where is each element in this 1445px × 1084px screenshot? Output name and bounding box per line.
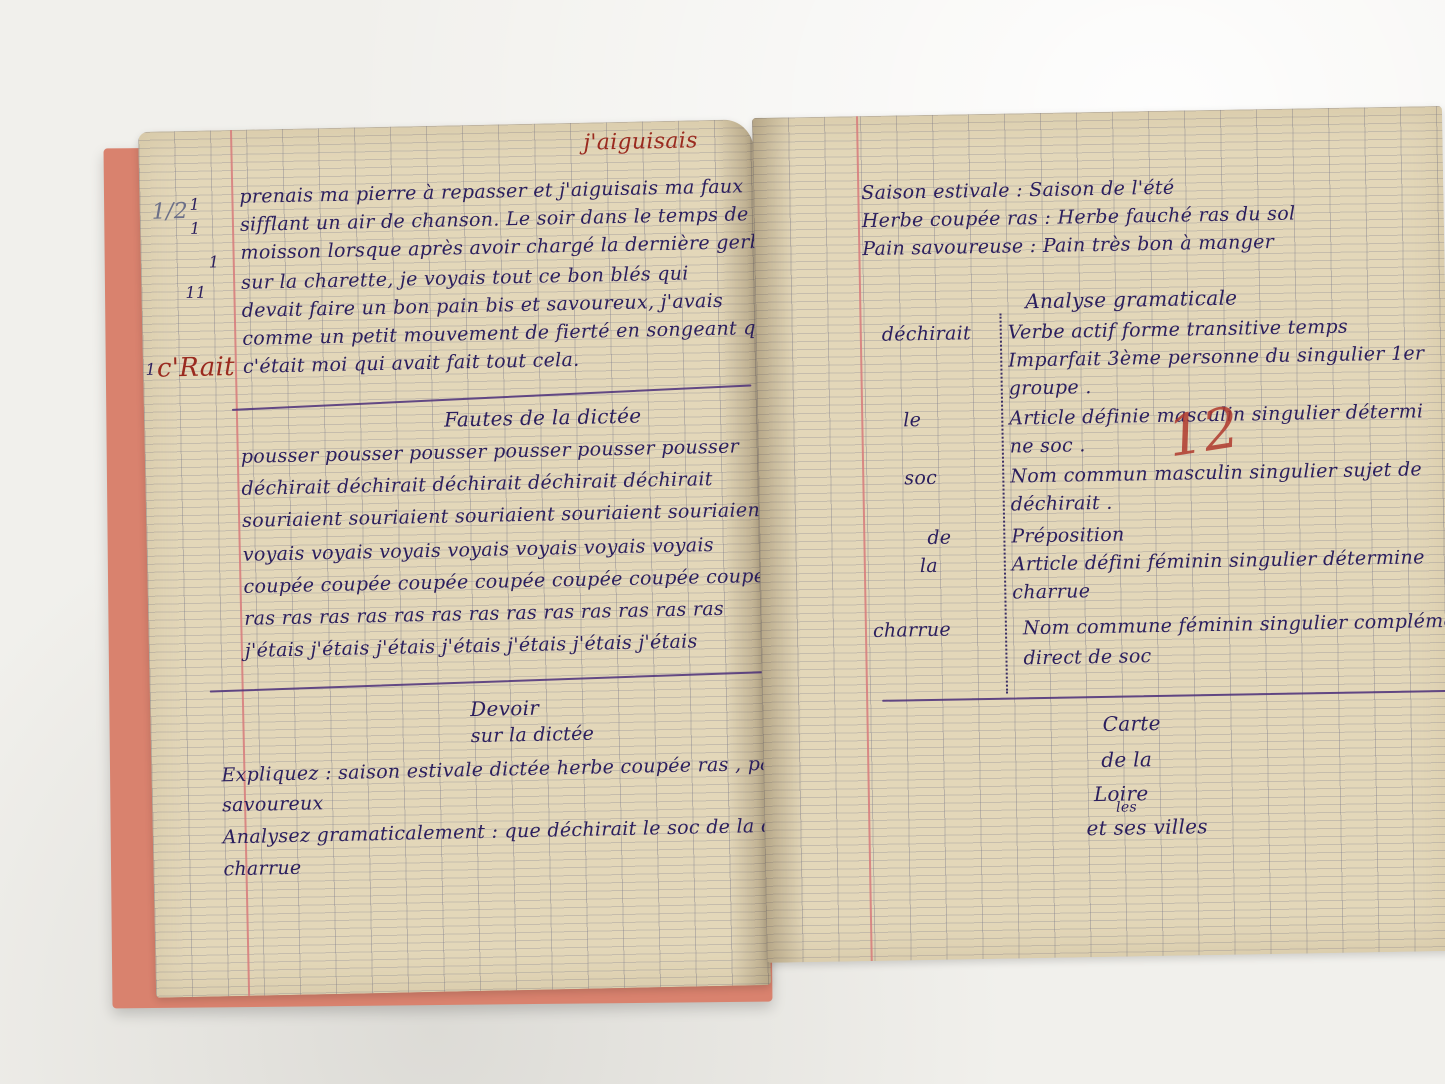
- dictation-line: prenais ma pierre à repasser et j'aiguis…: [239, 175, 744, 208]
- definition-row: Saison estivale : Saison de l'été: [861, 177, 1174, 204]
- definition-row: Pain savoureuse : Pain très bon à manger: [862, 231, 1274, 260]
- devoir-title: Devoir: [470, 696, 539, 721]
- analysis-line: Préposition: [1011, 524, 1125, 548]
- analysis-line: Verbe actif forme transitive temps: [1008, 316, 1349, 344]
- analysis-word: de: [927, 527, 951, 549]
- margin-mark: 1: [189, 195, 200, 214]
- dictation-line: c'était moi qui avait fait tout cela.: [243, 349, 580, 378]
- definition-term: Saison estivale: [861, 180, 1010, 205]
- analysis-word: déchirait: [882, 322, 972, 346]
- definition-term: Herbe coupée ras: [862, 207, 1039, 232]
- fautes-line: coupée coupée coupée coupée coupée coupé…: [243, 565, 771, 598]
- section-divider: [882, 690, 1445, 702]
- dictation-line: moisson lorsque après avoir chargé la de…: [240, 231, 771, 264]
- analysis-column-divider: [999, 314, 1008, 694]
- devoir-subtitle: sur la dictée: [470, 723, 594, 748]
- analysis-word: la: [920, 555, 938, 577]
- grade-mark: 12: [1163, 395, 1244, 470]
- carte-line: et ses villes: [1086, 814, 1208, 840]
- correction-aiguisais: j'aiguisais: [583, 128, 698, 155]
- fautes-title: Fautes de la dictée: [444, 404, 642, 432]
- analysis-line: Article défini féminin singulier détermi…: [1012, 546, 1425, 575]
- section-divider: [210, 671, 770, 693]
- carte-line: de la: [1101, 747, 1152, 772]
- fautes-line: déchirait déchirait déchirait déchirait …: [241, 468, 713, 500]
- definition-term: Pain savoureuse: [862, 235, 1024, 260]
- analysis-line: Nom commune féminin singulier complément: [1023, 609, 1445, 639]
- analysis-word: soc: [904, 467, 937, 490]
- definition-row: Herbe coupée ras : Herbe fauché ras du s…: [862, 203, 1296, 233]
- devoir-line: savoureux: [222, 792, 324, 816]
- carte-correction: les: [1116, 799, 1137, 815]
- definition-text: Herbe fauché ras du sol: [1057, 203, 1295, 229]
- analysis-line: Imparfait 3ème personne du singulier 1er: [1008, 342, 1424, 371]
- analysis-word: le: [903, 409, 921, 431]
- carte-line: Carte: [1102, 711, 1161, 736]
- dictation-line: sifflant un air de chanson. Le soir dans…: [240, 203, 749, 236]
- analysis-line: direct de soc: [1023, 645, 1151, 669]
- fautes-line: souriaient souriaient souriaient souriai…: [242, 499, 768, 532]
- margin-correction: c'Rait: [157, 352, 236, 384]
- analysis-line: déchirait .: [1011, 492, 1113, 516]
- analysis-line: ne soc .: [1010, 434, 1086, 457]
- dictation-line: sur la charette, je voyais tout ce bon b…: [241, 263, 689, 294]
- margin-mark: 1: [209, 252, 220, 271]
- fautes-line: pousser pousser pousser pousser pousser …: [241, 435, 740, 467]
- definition-text: Pain très bon à manger: [1043, 231, 1275, 257]
- devoir-line: Expliquez : saison estivale dictée herbe…: [221, 752, 771, 786]
- analysis-title: Analyse gramaticale: [1025, 286, 1237, 314]
- margin-mark: 1/2: [151, 199, 188, 225]
- analysis-word: charrue: [873, 619, 951, 642]
- left-page: j'aiguisais 1/2 1 1 1 11 11 c'Rait prena…: [138, 119, 771, 998]
- definition-text: Saison de l'été: [1029, 177, 1175, 202]
- margin-mark: 11: [185, 283, 206, 302]
- fautes-line: voyais voyais voyais voyais voyais voyai…: [243, 534, 714, 566]
- dictation-line: comme un petit mouvement de fierté en so…: [242, 317, 771, 350]
- analysis-line: charrue: [1012, 580, 1090, 603]
- dictation-line: devait faire un bon pain bis et savoureu…: [242, 290, 724, 322]
- analysis-line: groupe .: [1009, 376, 1092, 399]
- devoir-line: charrue: [223, 857, 301, 881]
- devoir-line: Analysez gramaticalement : que déchirait…: [223, 814, 771, 848]
- fautes-line: j'étais j'étais j'étais j'étais j'étais …: [245, 630, 698, 661]
- right-page: Saison estivale : Saison de l'été Herbe …: [752, 106, 1445, 963]
- margin-mark: 1: [190, 219, 201, 238]
- fautes-line: ras ras ras ras ras ras ras ras ras ras …: [244, 598, 724, 630]
